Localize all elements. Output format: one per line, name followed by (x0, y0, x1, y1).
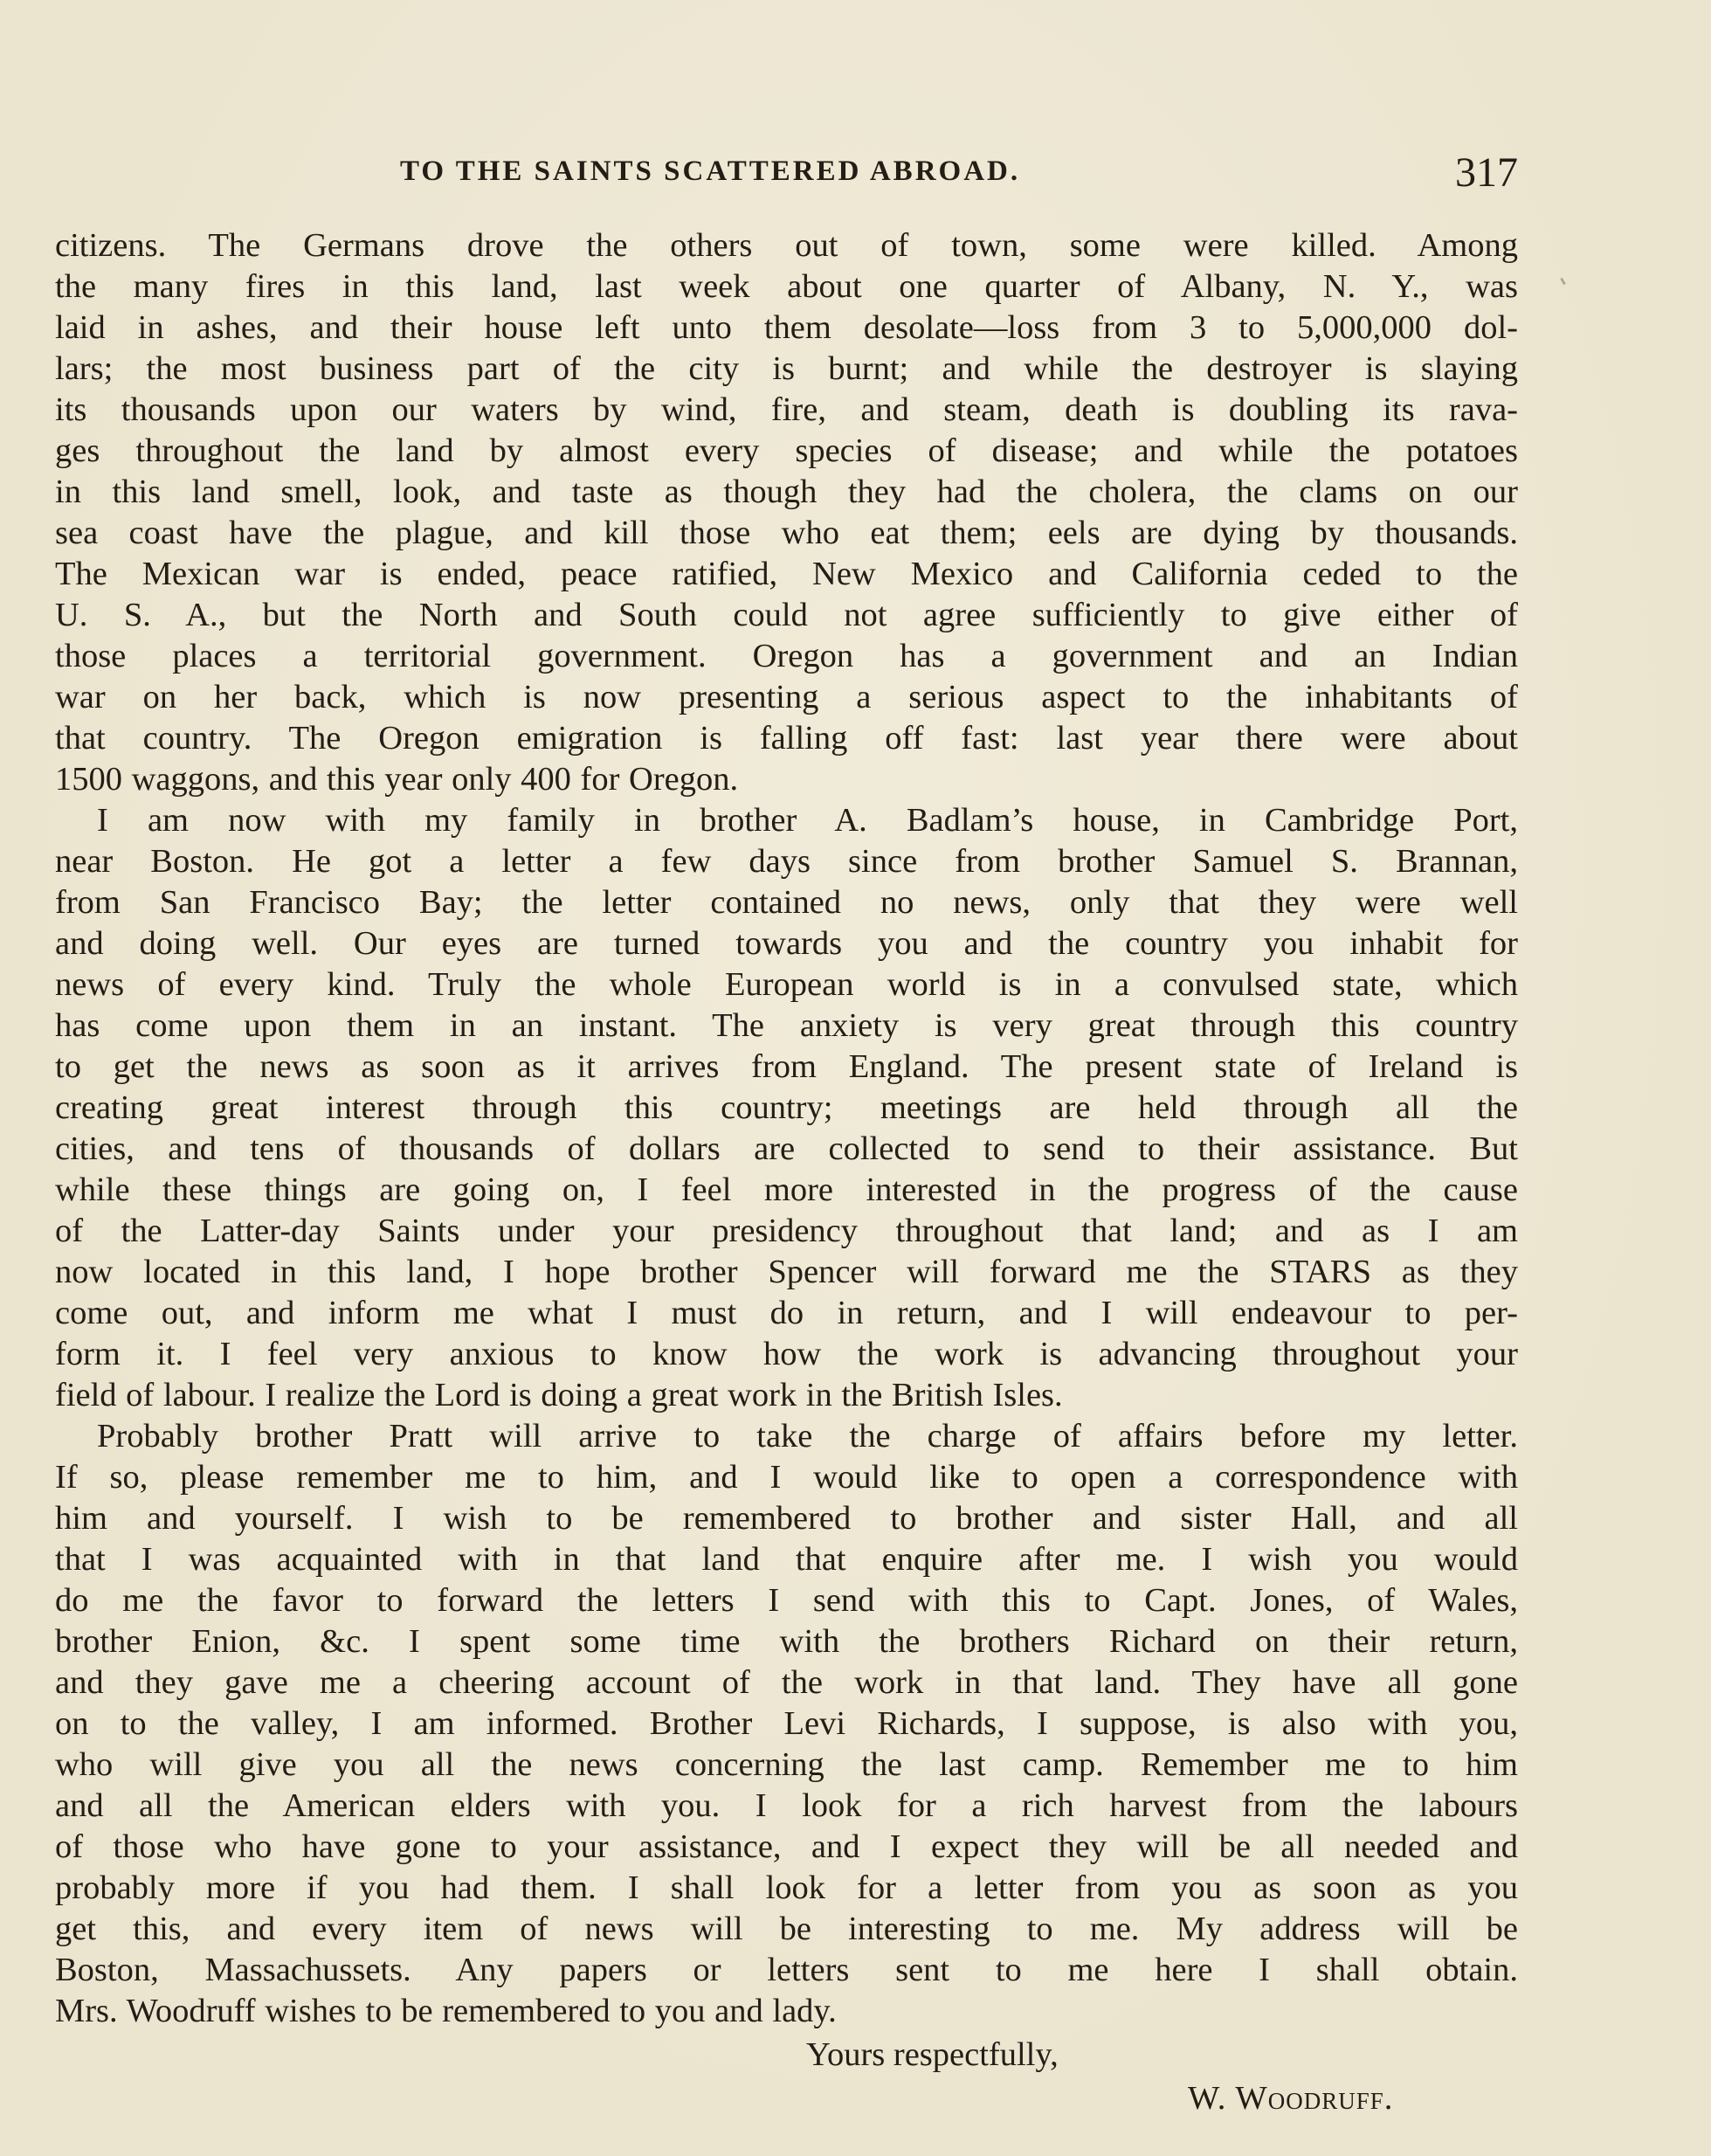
text-line: and they gave me a cheering account of t… (55, 1662, 1518, 1703)
text-line: those places a territorial government. O… (55, 636, 1518, 677)
text-line: ges throughout the land by almost every … (55, 431, 1518, 472)
text-line: its thousands upon our waters by wind, f… (55, 390, 1518, 431)
text-line: of those who have gone to your assistanc… (55, 1827, 1518, 1868)
text-line: U. S. A., but the North and South could … (55, 595, 1518, 636)
text-line: while these things are going on, I feel … (55, 1170, 1518, 1211)
text-line: news of every kind. Truly the whole Euro… (55, 964, 1518, 1005)
text-line: The Mexican war is ended, peace ratified… (55, 554, 1518, 595)
text-line: that I was acquainted with in that land … (55, 1539, 1518, 1580)
text-line: brother Enion, &c. I spent some time wit… (55, 1621, 1518, 1662)
text-line: the many fires in this land, last week a… (55, 266, 1518, 308)
text-line: him and yourself. I wish to be remembere… (55, 1498, 1518, 1539)
text-line: probably more if you had them. I shall l… (55, 1868, 1518, 1909)
text-line: If so, please remember me to him, and I … (55, 1457, 1518, 1498)
text-line: get this, and every item of news will be… (55, 1909, 1518, 1950)
running-head: TO THE SAINTS SCATTERED ABROAD. 317 (55, 149, 1518, 197)
text-line: field of labour. I realize the Lord is d… (55, 1375, 1518, 1416)
text-line: citizens. The Germans drove the others o… (55, 225, 1518, 266)
text-line: in this land smell, look, and taste as t… (55, 472, 1518, 513)
book-page: TO THE SAINTS SCATTERED ABROAD. 317 citi… (0, 0, 1711, 2156)
running-title: TO THE SAINTS SCATTERED ABROAD. (400, 155, 1020, 188)
signature-initial: W. W (1188, 2080, 1268, 2117)
text-line: lars; the most business part of the city… (55, 349, 1518, 390)
text-line: of the Latter-day Saints under your pres… (55, 1211, 1518, 1252)
text-line: do me the favor to forward the letters I… (55, 1580, 1518, 1621)
text-line: and all the American elders with you. I … (55, 1786, 1518, 1827)
text-line: war on her back, which is now presenting… (55, 677, 1518, 718)
text-line: creating great interest through this cou… (55, 1088, 1518, 1129)
page-number: 317 (1455, 149, 1518, 197)
text-line: 1500 waggons, and this year only 400 for… (55, 759, 1518, 800)
closing-salutation: Yours respectfully, (806, 2035, 1059, 2074)
text-line: come out, and inform me what I must do i… (55, 1293, 1518, 1334)
text-line: now located in this land, I hope brother… (55, 1252, 1518, 1293)
text-line: form it. I feel very anxious to know how… (55, 1334, 1518, 1375)
signature: W. Woodruff. (1188, 2079, 1393, 2118)
margin-mark (1560, 278, 1566, 285)
text-line: from San Francisco Bay; the letter conta… (55, 882, 1518, 923)
text-line: Probably brother Pratt will arrive to ta… (55, 1416, 1518, 1457)
text-line: and doing well. Our eyes are turned towa… (55, 923, 1518, 964)
text-line: has come upon them in an instant. The an… (55, 1005, 1518, 1047)
text-line: on to the valley, I am informed. Brother… (55, 1703, 1518, 1745)
signature-surname: oodruff. (1268, 2080, 1394, 2117)
text-line: laid in ashes, and their house left unto… (55, 308, 1518, 349)
text-line: who will give you all the news concernin… (55, 1745, 1518, 1786)
text-line: cities, and tens of thousands of dollars… (55, 1129, 1518, 1170)
text-line: I am now with my family in brother A. Ba… (55, 800, 1518, 841)
text-line: Mrs. Woodruff wishes to be remembered to… (55, 1991, 1518, 2032)
text-line: sea coast have the plague, and kill thos… (55, 513, 1518, 554)
body-text: citizens. The Germans drove the others o… (55, 225, 1518, 2032)
text-line: Boston, Massachussets. Any papers or let… (55, 1950, 1518, 1991)
text-line: near Boston. He got a letter a few days … (55, 841, 1518, 882)
text-line: that country. The Oregon emigration is f… (55, 718, 1518, 759)
text-line: to get the news as soon as it arrives fr… (55, 1047, 1518, 1088)
